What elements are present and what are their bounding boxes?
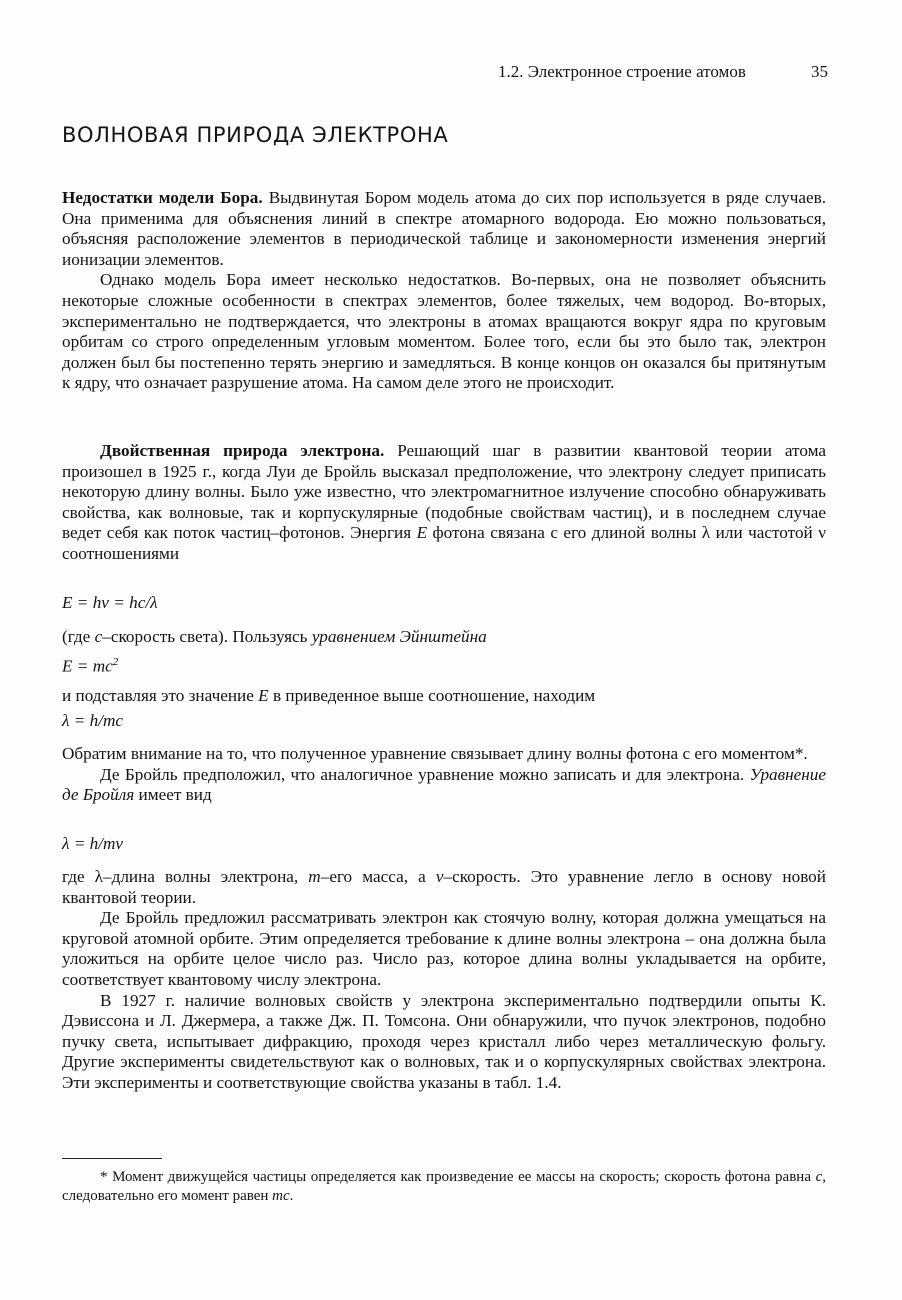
body-text-2: Двойственная природа электрона. Решающий… bbox=[62, 441, 826, 565]
body-text: Недостатки модели Бора. Выдвинутая Бором… bbox=[62, 188, 826, 394]
page-number: 35 bbox=[811, 62, 828, 82]
paragraph-speed-of-light: (где c–скорость света). Пользуясь уравне… bbox=[62, 627, 826, 648]
paragraph-substitution: и подставляя это значение E в приведенно… bbox=[62, 686, 826, 707]
equation-de-broglie: λ = h/mv bbox=[62, 834, 826, 855]
footnote-divider bbox=[62, 1158, 162, 1159]
equation-einstein: E = mc2 bbox=[62, 652, 826, 677]
paragraph-standing-wave: Де Бройль предложил рассматривать электр… bbox=[62, 908, 826, 990]
section-title: ВОЛНОВАЯ ПРИРОДА ЭЛЕКТРОНА bbox=[62, 123, 448, 147]
paragraph-de-broglie-proposal: Де Бройль предположил, что аналогичное у… bbox=[62, 765, 826, 806]
paragraph-momentum-note: Обратим внимание на то, что полученное у… bbox=[62, 744, 826, 765]
paragraph-dual-nature: Двойственная природа электрона. Решающий… bbox=[62, 441, 826, 565]
equation-photon-wavelength: λ = h/mc bbox=[62, 711, 826, 732]
paragraph-variables: где λ–длина волны электрона, m–его масса… bbox=[62, 867, 826, 908]
paragraph-bohr-drawbacks: Недостатки модели Бора. Выдвинутая Бором… bbox=[62, 188, 826, 270]
paragraph-experiments: В 1927 г. наличие волновых свойств у эле… bbox=[62, 991, 826, 1094]
equation-photon-energy: E = hν = hc/λ bbox=[62, 593, 826, 614]
run-in-heading: Недостатки модели Бора. bbox=[62, 188, 263, 207]
paragraph-bohr-flaws: Однако модель Бора имеет несколько недос… bbox=[62, 270, 826, 394]
run-in-heading: Двойственная природа электрона. bbox=[100, 441, 384, 460]
body-text-3: Обратим внимание на то, что полученное у… bbox=[62, 744, 826, 806]
running-title: 1.2. Электронное строение атомов bbox=[498, 62, 746, 82]
body-text-4: где λ–длина волны электрона, m–его масса… bbox=[62, 867, 826, 1094]
footnote: * Момент движущейся частицы определяется… bbox=[62, 1168, 826, 1206]
